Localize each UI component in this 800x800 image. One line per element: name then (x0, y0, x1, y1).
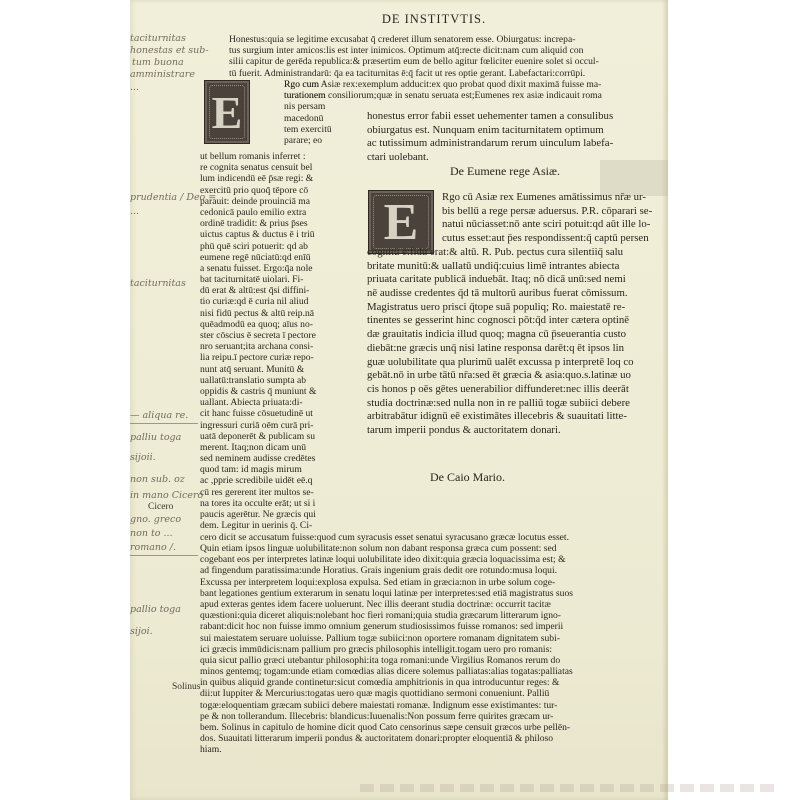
text-line: honestus error fabii esset uehementer ta… (367, 110, 667, 124)
handwritten-note: non to ... (130, 528, 173, 539)
handwritten-note: gno. greco (130, 514, 181, 525)
text-line: ac ,pprie scredibile uidēt eē.q (200, 475, 332, 486)
section-heading-eumenes: De Eumene rege Asiæ. (450, 164, 560, 179)
text-line: exercitū prio quoq̄ tēpore cō (200, 185, 332, 196)
text-line: cū res gererent iter multos se- (200, 487, 332, 498)
ornament-border-icon (209, 85, 245, 139)
handwritten-note: sijoi. (130, 626, 153, 637)
text-line: turationem consiliorum;quæ in senatu ser… (284, 90, 669, 101)
text-line: uallatū:translatio sumpta ab (200, 375, 332, 386)
text-line: sed neminem audisse credētes (200, 453, 332, 464)
text-line: parare; eo (284, 135, 332, 146)
handwritten-note: ... (130, 206, 139, 217)
text-line: silii capitur de gerēda republica:& præs… (229, 56, 661, 67)
text-line: bis bellū a rege persæ aduersus. P.R. cō… (442, 205, 668, 219)
text-line: bant legationes gentium exterarum in sen… (200, 588, 662, 599)
text-line: guæ uolubilitate qua plurimū ualēt excus… (367, 356, 667, 370)
text-line: rabant:dicit hoc non fuisse immo omnium … (200, 621, 662, 632)
margin-rule (130, 423, 198, 424)
text-line: studia doctrinæ:sed nulla non in re pall… (367, 397, 667, 411)
text-line: eumene regē nūciatū:qd enīū (200, 252, 332, 263)
text-line: dii:ut Iuppiter & Mercurius:togatas uero… (200, 688, 662, 699)
text-line: ut bellum romanis inferret : (200, 151, 332, 162)
text-line: ster cōscius ē secreta ī pectore (200, 330, 332, 341)
eumenes-indented-lines: Rgo cū Asiæ rex Eumenes amātissimus nr̄æ… (442, 191, 668, 246)
eumenes-main-text: cognitū ē:fidū erat:& altū. R. Pub. pect… (367, 246, 667, 438)
decorated-initial-e: E (204, 80, 250, 144)
text-line: ad fingendum paratissima:unde Horatius. … (200, 565, 662, 576)
handwritten-note: prudentia / Deo = (130, 192, 216, 203)
text-line: Rgo cū Asiæ rex Eumenes amātissimus nr̄æ… (442, 191, 668, 205)
text-line: merent. Itaq;non dicam unū (200, 442, 332, 453)
text-line: macedonū (284, 113, 332, 124)
handwritten-note: honestas et sub- (130, 45, 209, 56)
text-line: nis persam (284, 101, 332, 112)
text-line: dem. Legitur in uerinis q̄. Ci- (200, 520, 332, 531)
decorated-initial-e: E (368, 190, 434, 254)
text-line: oppidis & castris q̄ muniunt & (200, 386, 332, 397)
text-line: lum indicendū eē p̄sæ regi: & (200, 173, 332, 184)
text-line: cutus esset:aut p̄es respondissent:q̄ ca… (442, 232, 668, 246)
text-line: minos gentemq; togam:unde etiam comœdias… (200, 666, 662, 677)
text-line: Excussa per interpretem loqui:explosa ex… (200, 577, 662, 588)
text-line: tus surgium inter amicos:lis est inter i… (229, 45, 661, 56)
text-line: nē audisse credentes q̄d tā multorū auri… (367, 287, 667, 301)
text-line: cero dicit se accusatum fuisse:quod cum … (200, 532, 670, 543)
text-line: paucis agerētur. Ne græcis qui (200, 509, 332, 520)
text-line: diebāt:ne græcis unq̄ nisi latine respon… (367, 342, 667, 356)
text-line: quæstioni:quia diceret aliquis:nolebant … (200, 610, 662, 621)
text-line: natui nūciasset:nō ante sciri potuit:qd … (442, 218, 668, 232)
text-line: togæ:eloquentiam græcam subiici debere m… (200, 700, 662, 711)
text-line: tinentes se gesserint hinc cognosci pōt:… (367, 314, 667, 328)
left-commentary-column: ut bellum romanis inferret : re cognita … (200, 151, 332, 531)
handwritten-note: pallio toga (130, 604, 181, 615)
text-line: Honestus:quia se legitime excusabat q̄ c… (229, 34, 661, 45)
text-line: cogebant eos per interpretes latinæ loqu… (200, 554, 662, 565)
text-line: gebāt.nō in urbe tātū nr̄a:sed ēt græcia… (367, 369, 667, 383)
text-line: arbitrabātur idignū eē existimātes illec… (367, 410, 667, 424)
text-line: tem exercitū (284, 124, 332, 135)
text-line: nunt atq̄ seruant. Munitū & (200, 364, 332, 375)
handwritten-note: taciturnitas (130, 278, 186, 289)
text-line: uictus captus & ductus ē i triū (200, 229, 332, 240)
text-line: cis honos p oēs gētes uenerabilior diffu… (367, 383, 667, 397)
text-line: ici græcis immūdicis:nam pallium pro græ… (200, 644, 662, 655)
section-heading-mario: De Caio Mario. (430, 470, 505, 485)
text-line: parauit: deinde prouinciā ma (200, 196, 332, 207)
handwritten-note: in mano Cicero (130, 490, 203, 501)
bottom-commentary-block: Quin etiam ipsos linguæ uolubilitate:non… (200, 543, 662, 756)
margin-note-solinus: Solinus (172, 682, 201, 692)
text-line: tū fuerit. Administrandarū: q̄a ea tacit… (229, 68, 661, 79)
text-line: quēadmodū ea quoq; aīus no- (200, 319, 332, 330)
text-line: nro seruant;ita archana consi- (200, 341, 332, 352)
text-line: priuata caritate publicā induebāt. Itaq;… (367, 273, 667, 287)
handwritten-note: sijoii. (130, 452, 156, 463)
text-line: bat taciturnitatē uiolari. Fi- (200, 274, 332, 285)
text-line: ac tutissimum administrandarum rerum uin… (367, 137, 667, 151)
text-line: tarum imperii pondus & auctoritatem dona… (367, 424, 667, 438)
text-line: dos. Suauitati litterarum imperii pondus… (200, 733, 662, 744)
text-line: cedonicā paulo emilio extra (200, 207, 332, 218)
margin-rule (130, 555, 198, 556)
handwritten-note: romano /. (130, 542, 176, 553)
top-commentary-block: Honestus:quia se legitime excusabat q̄ c… (229, 34, 661, 79)
col-b-top-lines: Rgo cum Asiæ rex:exemplum adducit:ex quo… (284, 79, 669, 101)
text-line: dæ grauitatis indicia illud quoq; magna … (367, 328, 667, 342)
full-width-line: cero dicit se accusatum fuisse:quod cum … (200, 532, 670, 543)
text-line: ordinē tradidit: & prius p̄ses (200, 218, 332, 229)
text-line: uatā deponerēt & publicam su (200, 431, 332, 442)
text-line: Magistratus uero prisci q̄tope suā popul… (367, 301, 667, 315)
text-line: cit hanc fuisse cōsuetudinē ut (200, 408, 332, 419)
text-line: a senatu fuisset. Ergo:q̄a nole (200, 263, 332, 274)
handwritten-note: ... (130, 82, 139, 93)
running-head: DE INSTITVTIS. (165, 12, 703, 27)
text-line: apud exteras gentes idem facere uoluerun… (200, 599, 662, 610)
ornament-border-icon (373, 195, 429, 249)
text-line: quia sicut pallio græci utebantur philos… (200, 655, 662, 666)
text-line: re cognita senatus censuit bel (200, 162, 332, 173)
text-line: dū erat & altū:est q̄si diffini- (200, 285, 332, 296)
text-line: nisi fidū pectus & altū reip.nā (200, 308, 332, 319)
handwritten-note: taciturnitas (130, 33, 186, 44)
text-line: obiurgatus est. Nunquam enim taciturnita… (367, 124, 667, 138)
text-line: Rgo cum Asiæ rex:exemplum adducit:ex quo… (284, 79, 669, 90)
text-line: na tores ita occulte erāt; ut si i (200, 498, 332, 509)
text-line: in quibus aliquid grande continetur:sicu… (200, 677, 662, 688)
text-line: phū quē sciri potuerit: qd ab (200, 241, 332, 252)
text-line: lia reipu.ī pectore curiæ repo- (200, 352, 332, 363)
main-text-continuation: honestus error fabii esset uehementer ta… (367, 110, 667, 165)
handwritten-note: amministrare (130, 69, 195, 80)
text-line: ingressuri curiā oēm curā pri- (200, 420, 332, 431)
handwritten-note: tum buona (132, 57, 184, 68)
text-line: hiam. (200, 744, 662, 755)
text-line: quod tam: id magis mirum (200, 464, 332, 475)
text-line: britate munitū:& uallatū undiq̄:cuius li… (367, 260, 667, 274)
text-line: uallant. Abiecta priuata:di- (200, 397, 332, 408)
handwritten-note: non sub. oz (130, 474, 185, 485)
text-line: bem. Solinus in capitulo de homine dicit… (200, 722, 662, 733)
text-line: sui maiestatem seruare uoluisse. Pallium… (200, 633, 662, 644)
ink-bleed-through (360, 784, 780, 792)
handwritten-note: — aliqua re. (130, 410, 188, 421)
handwritten-note: palliu toga (130, 432, 181, 443)
text-line: cognitū ē:fidū erat:& altū. R. Pub. pect… (367, 246, 667, 260)
book-page: DE INSTITVTIS. Honestus:quia se legitime… (130, 0, 668, 800)
text-line: Quin etiam ipsos linguæ uolubilitate:non… (200, 543, 662, 554)
text-line: pe & non tollerandum. Illecebris: blandi… (200, 711, 662, 722)
text-line: tio curiæ:qd ē curia nil aliud (200, 296, 332, 307)
